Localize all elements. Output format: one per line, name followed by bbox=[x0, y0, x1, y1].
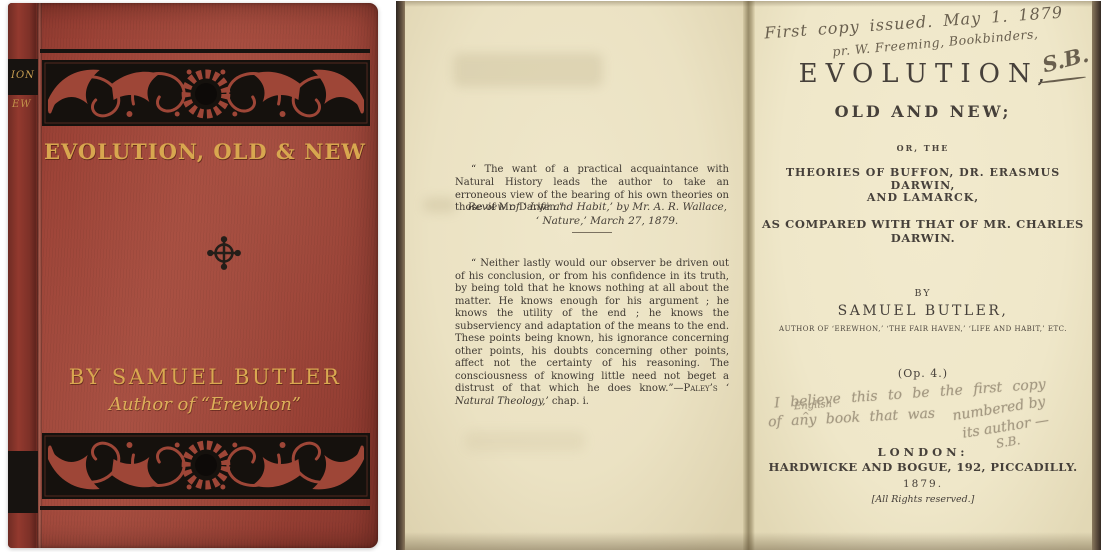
bleed-through-smudge bbox=[453, 53, 603, 87]
title-page-author-works: AUTHOR OF ‘EREWHON,’ ‘THE FAIR HAVEN,’ ‘… bbox=[756, 325, 1090, 333]
quote2-attribution-author: —Paley’s bbox=[674, 383, 726, 394]
book-front-cover: ION EW bbox=[8, 3, 378, 548]
title-page-theories-line2: AND LAMARCK, bbox=[756, 191, 1090, 204]
open-book-spread: “ The want of a practical acquaintance w… bbox=[396, 1, 1101, 550]
imprint-rights-notice: [All Rights reserved.] bbox=[756, 494, 1090, 505]
quote1-attribution-line2: ‘ Nature,’ March 27, 1879. bbox=[455, 215, 729, 227]
quote2-text: “ Neither lastly would our observer be d… bbox=[455, 258, 729, 394]
title-page-compared-line: AS COMPARED WITH THAT OF MR. CHARLES DAR… bbox=[756, 217, 1090, 245]
quote2-attribution-chapter: chap. i. bbox=[549, 396, 589, 407]
cover-rule-bottom bbox=[40, 506, 370, 510]
paley-quote: “ Neither lastly would our observer be d… bbox=[455, 258, 729, 408]
title-page-or-the: OR, THE bbox=[756, 143, 1090, 153]
title-page-author-name: SAMUEL BUTLER, bbox=[756, 303, 1090, 319]
quote1-attribution-line1: Review of ‘ Life and Habit,’ by Mr. A. R… bbox=[455, 201, 729, 213]
right-page-fore-edge bbox=[1092, 1, 1101, 550]
title-page-printed-text: EVOLUTION, OLD AND NEW; OR, THE THEORIES… bbox=[756, 1, 1090, 550]
foliate-band-top-ornament bbox=[42, 60, 370, 126]
page-bottom-shadow bbox=[405, 532, 1092, 550]
left-page-fore-edge bbox=[396, 1, 405, 550]
spine-band-bottom bbox=[8, 451, 38, 513]
cross-orb-emblem-icon bbox=[205, 234, 243, 272]
cover-author-script: Author of “Erewhon” bbox=[38, 394, 372, 415]
imprint-city: LONDON: bbox=[756, 445, 1090, 459]
title-page-theories-line1: THEORIES OF BUFFON, DR. ERASMUS DARWIN, bbox=[756, 166, 1090, 192]
cover-title: EVOLUTION, OLD & NEW bbox=[38, 139, 372, 164]
title-page-by-label: BY bbox=[756, 288, 1090, 299]
spine-title-fragment-top: ION bbox=[11, 70, 35, 81]
cover-rule-top bbox=[40, 49, 370, 53]
cover-byline: BY SAMUEL BUTLER bbox=[38, 365, 372, 389]
title-page-main-title: EVOLUTION, bbox=[756, 59, 1090, 89]
foliate-band-bottom-ornament bbox=[42, 433, 370, 499]
title-page-subtitle: OLD AND NEW; bbox=[756, 102, 1090, 121]
book-gutter bbox=[743, 1, 755, 550]
imprint-year: 1879. bbox=[756, 478, 1090, 490]
book-spine: ION EW bbox=[8, 3, 38, 548]
quote-divider-rule bbox=[572, 232, 612, 233]
bleed-through-smudge bbox=[465, 431, 585, 451]
imprint-publisher: HARDWICKE AND BOGUE, 192, PICCADILLY. bbox=[756, 460, 1090, 474]
page-top-shadow bbox=[405, 1, 1092, 7]
bleed-through-smudge bbox=[423, 197, 457, 213]
spine-title-fragment-bottom: EW bbox=[12, 99, 32, 110]
